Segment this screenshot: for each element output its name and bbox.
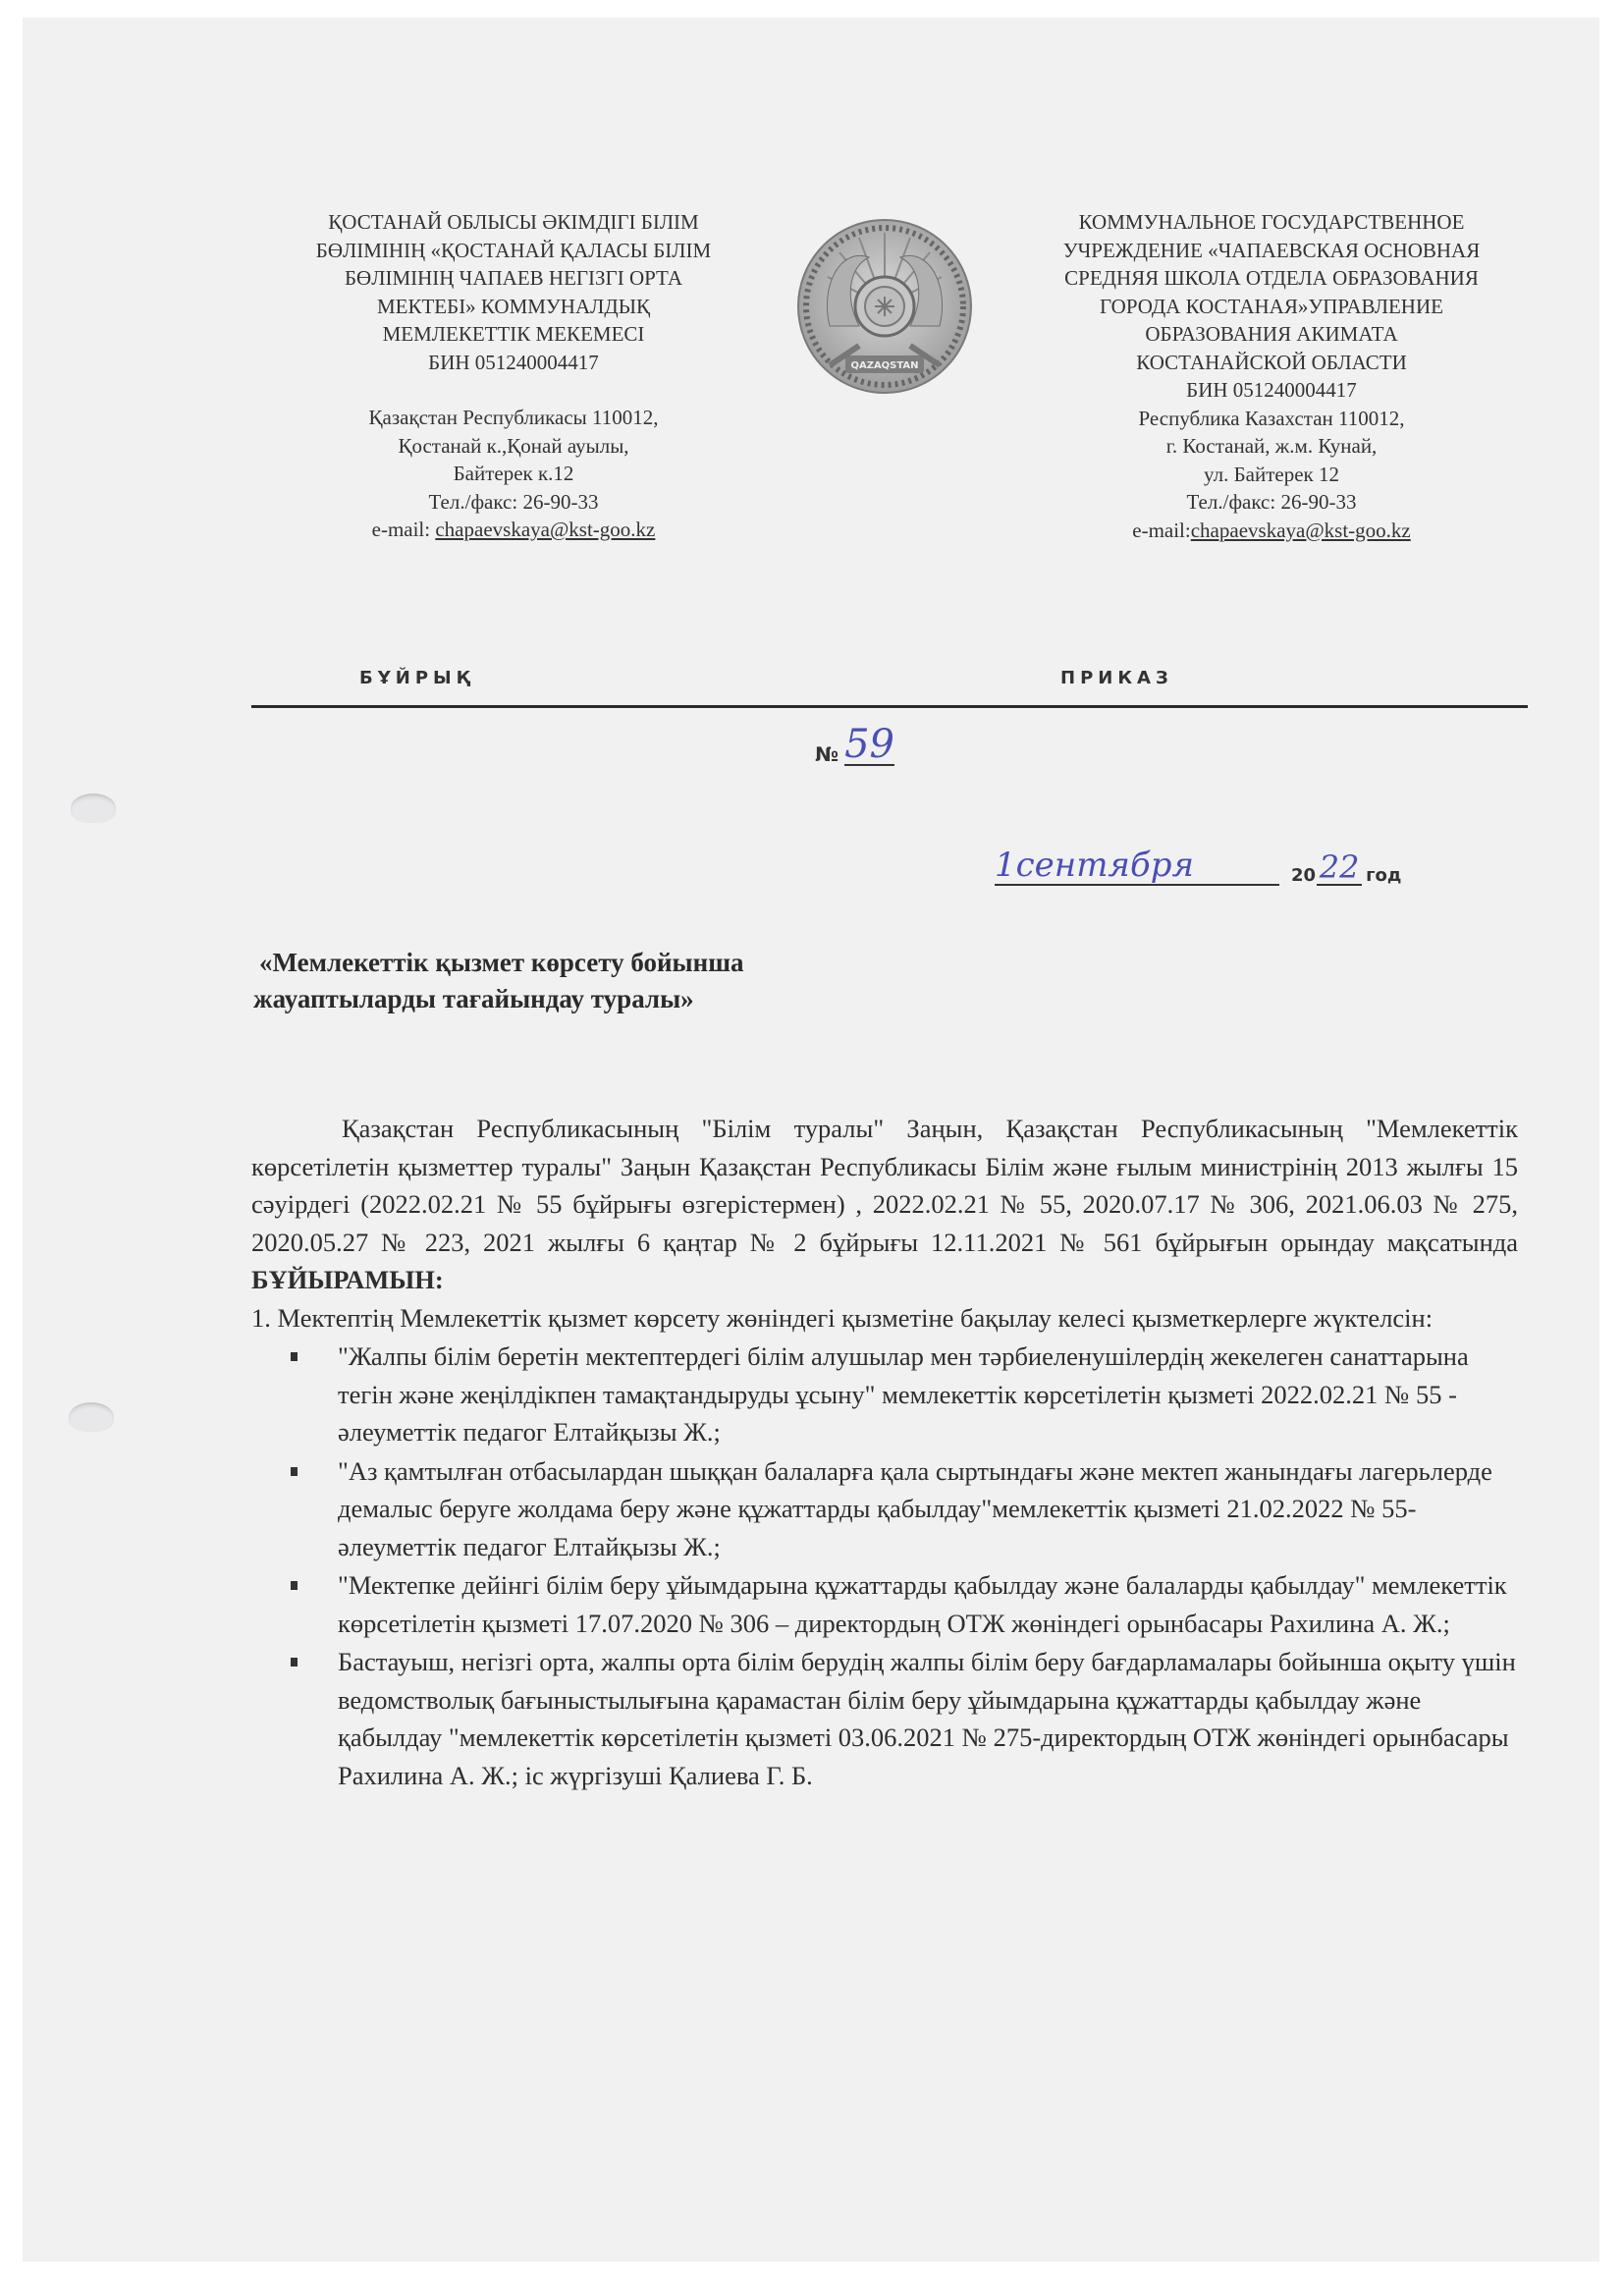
year-prefix: 20	[1291, 865, 1316, 886]
org-name-ru: КОММУНАЛЬНОЕ ГОСУДАРСТВЕННОЕ УЧРЕЖДЕНИЕ …	[1016, 208, 1527, 405]
order-title: «Мемлекеттік қызмет көрсету бойынша жауа…	[253, 945, 744, 1017]
org-line: КОСТАНАЙСКОЙ ОБЛАСТИ	[1016, 349, 1527, 377]
org-line: МЕКТЕБІ» КОММУНАЛДЫҚ	[263, 293, 764, 321]
org-line: СРЕДНЯЯ ШКОЛА ОТДЕЛА ОБРАЗОВАНИЯ	[1016, 264, 1527, 293]
org-line: БӨЛІМІНІҢ ЧАПАЕВ НЕГІЗГІ ОРТА	[263, 264, 764, 293]
preamble: Қазақстан Республикасының "Білім туралы"…	[251, 1110, 1518, 1299]
email-line: e-mail: chapaevskaya@kst-goo.kz	[263, 516, 764, 544]
item-text: "Аз қамтылған отбасылардан шыққан балала…	[338, 1456, 1492, 1561]
item-text: Бастауыш, негізгі орта, жалпы орта білім…	[338, 1647, 1516, 1790]
address-line: Қазақстан Республикасы 110012,	[263, 404, 764, 432]
bin-number: БИН 051240004417	[263, 349, 764, 377]
order-body: Қазақстан Республикасының "Білім туралы"…	[251, 1110, 1518, 1794]
address-line: Байтерек к.12	[263, 460, 764, 488]
date-day-month: 1сентября	[995, 847, 1279, 886]
square-bullet-icon	[291, 1467, 298, 1476]
doc-type-ru: ПРИКАЗ	[1060, 668, 1173, 688]
phone-fax: Тел./факс: 26-90-33	[263, 488, 764, 517]
list-item: Бастауыш, негізгі орта, жалпы орта білім…	[251, 1643, 1518, 1794]
org-line: ГОРОДА КОСТАНАЯ»УПРАВЛЕНИЕ	[1016, 293, 1527, 321]
emblem-text: QAZAQSTAN	[850, 360, 918, 371]
org-line: ҚОСТАНАЙ ОБЛЫСЫ ӘКІМДІГІ БІЛІМ	[263, 208, 764, 237]
order-number: № 59	[815, 725, 894, 766]
title-line: «Мемлекеттік қызмет көрсету бойынша	[253, 945, 744, 981]
decree-word: БҰЙЫРАМЫН:	[251, 1265, 444, 1294]
order-number-value: 59	[844, 725, 894, 766]
kazakhstan-emblem-icon: QAZAQSTAN	[790, 208, 979, 410]
list-item: "Мектепке дейінгі білім беру ұйымдарына …	[251, 1566, 1518, 1642]
org-line: БӨЛІМІНІҢ «ҚОСТАНАЙ ҚАЛАСЫ БІЛІМ	[263, 237, 764, 265]
title-line: жауаптыларды тағайындау туралы»	[253, 981, 744, 1017]
item-text: "Мектепке дейінгі білім беру ұйымдарына …	[338, 1570, 1507, 1638]
responsibility-list: "Жалпы білім беретін мектептердегі білім…	[251, 1338, 1518, 1794]
org-line: МЕМЛЕКЕТТІК МЕКЕМЕСІ	[263, 320, 764, 349]
point-1: 1. Мектептің Мемлекеттік қызмет көрсету …	[251, 1299, 1518, 1338]
doc-type-kz: БҰЙРЫҚ	[359, 668, 475, 688]
year-label: год	[1366, 865, 1401, 886]
square-bullet-icon	[291, 1352, 298, 1361]
header-right-ru: КОММУНАЛЬНОЕ ГОСУДАРСТВЕННОЕ УЧРЕЖДЕНИЕ …	[1016, 208, 1527, 544]
item-text: "Жалпы білім беретін мектептердегі білім…	[338, 1341, 1469, 1447]
email-label: e-mail:	[372, 518, 436, 541]
square-bullet-icon	[291, 1581, 298, 1590]
header-divider	[251, 705, 1528, 708]
header-left-kz: ҚОСТАНАЙ ОБЛЫСЫ ӘКІМДІГІ БІЛІМ БӨЛІМІНІҢ…	[263, 208, 764, 544]
org-line: УЧРЕЖДЕНИЕ «ЧАПАЕВСКАЯ ОСНОВНАЯ	[1016, 237, 1527, 265]
org-line: ОБРАЗОВАНИЯ АКИМАТА	[1016, 320, 1527, 349]
phone-fax: Тел./факс: 26-90-33	[1016, 488, 1527, 517]
bin-number: БИН 051240004417	[1016, 376, 1527, 405]
email-link[interactable]: chapaevskaya@kst-goo.kz	[435, 518, 655, 541]
address-ru: Республика Казахстан 110012, г. Костанай…	[1016, 405, 1527, 545]
address-line: г. Костанай, ж.м. Кунай,	[1016, 432, 1527, 461]
address-line: Республика Казахстан 110012,	[1016, 405, 1527, 433]
number-label: №	[815, 742, 839, 766]
address-line: Қостанай к.,Қонай ауылы,	[263, 432, 764, 461]
org-line: КОММУНАЛЬНОЕ ГОСУДАРСТВЕННОЕ	[1016, 208, 1527, 237]
punch-hole	[71, 793, 116, 823]
email-label: e-mail:	[1132, 519, 1190, 542]
punch-hole	[69, 1402, 114, 1432]
year-suffix: 22	[1317, 850, 1362, 886]
list-item: "Жалпы білім беретін мектептердегі білім…	[251, 1338, 1518, 1451]
email-line: e-mail:chapaevskaya@kst-goo.kz	[1016, 517, 1527, 545]
square-bullet-icon	[291, 1658, 298, 1667]
email-link[interactable]: chapaevskaya@kst-goo.kz	[1191, 519, 1411, 542]
address-kz: Қазақстан Республикасы 110012, Қостанай …	[263, 404, 764, 544]
org-name-kz: ҚОСТАНАЙ ОБЛЫСЫ ӘКІМДІГІ БІЛІМ БӨЛІМІНІҢ…	[263, 208, 764, 376]
preamble-text: Қазақстан Республикасының "Білім туралы"…	[251, 1114, 1518, 1257]
address-line: ул. Байтерек 12	[1016, 461, 1527, 489]
order-date: 1сентября 20 22 год	[995, 847, 1401, 886]
list-item: "Аз қамтылған отбасылардан шыққан балала…	[251, 1452, 1518, 1566]
